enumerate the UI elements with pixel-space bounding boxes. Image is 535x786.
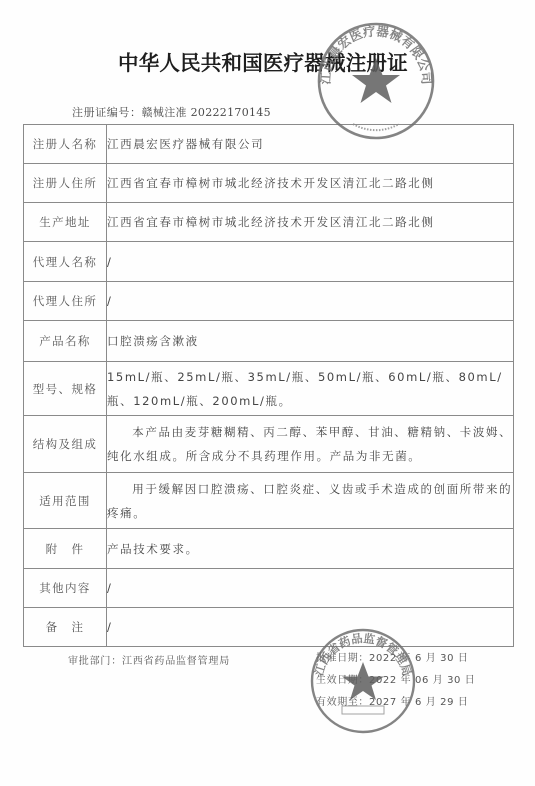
document-title: 中华人民共和国医疗器械注册证 [118,46,418,76]
table-row: 代理人名称 / [24,242,514,282]
row-label: 生产地址 [24,203,107,242]
table-row: 附 件 产品技术要求。 [24,529,514,569]
row-value: 江西晨宏医疗器械有限公司 [107,125,514,164]
row-label: 结构及组成 [24,416,107,473]
row-label: 适用范围 [24,473,107,529]
row-value: / [107,569,514,608]
row-label: 注册人住所 [24,164,107,203]
registration-number-value: 赣械注准 20222170145 [142,106,271,119]
row-value: / [107,282,514,321]
row-label: 产品名称 [24,321,107,362]
row-label: 代理人名称 [24,242,107,282]
table-row: 结构及组成 本产品由麦芽糖糊精、丙二醇、苯甲醇、甘油、糖精钠、卡波姆、纯化水组成… [24,416,514,473]
row-label: 附 件 [24,529,107,569]
table-row: 适用范围 用于缓解因口腔溃疡、口腔炎症、义齿或手术造成的创面所带来的疼痛。 [24,473,514,529]
row-label: 代理人住所 [24,282,107,321]
expiry-date: 有效期至：2027 年 6 月 29 日 [316,696,475,718]
row-label: 注册人名称 [24,125,107,164]
table-row: 备 注 / [24,608,514,647]
row-value: 江西省宜春市樟树市城北经济技术开发区清江北二路北侧 [107,164,514,203]
row-value: 产品技术要求。 [107,529,514,569]
row-value: 15mL/瓶、25mL/瓶、35mL/瓶、50mL/瓶、60mL/瓶、80mL/… [107,362,514,416]
row-label: 型号、规格 [24,362,107,416]
approval-department-value: 江西省药品监督管理局 [122,656,230,667]
certificate-table: 注册人名称 江西晨宏医疗器械有限公司 注册人住所 江西省宜春市樟树市城北经济技术… [23,124,514,647]
registration-number-label: 注册证编号： [72,106,142,119]
approval-date: 批准日期：2022 年 6 月 30 日 [316,652,475,674]
table-row: 产品名称 口腔溃疡含漱液 [24,321,514,362]
table-row: 生产地址 江西省宜春市樟树市城北经济技术开发区清江北二路北侧 [24,203,514,242]
approval-department: 审批部门：江西省药品监督管理局 [68,652,230,667]
row-value: 用于缓解因口腔溃疡、口腔炎症、义齿或手术造成的创面所带来的疼痛。 [107,473,514,529]
table-row: 型号、规格 15mL/瓶、25mL/瓶、35mL/瓶、50mL/瓶、60mL/瓶… [24,362,514,416]
table-row: 其他内容 / [24,569,514,608]
effective-date: 生效日期：2022 年 06 月 30 日 [316,674,475,696]
row-value: 本产品由麦芽糖糊精、丙二醇、苯甲醇、甘油、糖精钠、卡波姆、纯化水组成。所含成分不… [107,416,514,473]
row-value: / [107,242,514,282]
registration-number: 注册证编号：赣械注准 20222170145 [72,104,271,120]
row-value: / [107,608,514,647]
row-label: 备 注 [24,608,107,647]
table-row: 注册人名称 江西晨宏医疗器械有限公司 [24,125,514,164]
table-row: 注册人住所 江西省宜春市樟树市城北经济技术开发区清江北二路北侧 [24,164,514,203]
row-value: 口腔溃疡含漱液 [107,321,514,362]
dates-block: 批准日期：2022 年 6 月 30 日 生效日期：2022 年 06 月 30… [316,652,475,718]
table-row: 代理人住所 / [24,282,514,321]
row-label: 其他内容 [24,569,107,608]
row-value: 江西省宜春市樟树市城北经济技术开发区清江北二路北侧 [107,203,514,242]
approval-department-label: 审批部门： [68,656,122,667]
